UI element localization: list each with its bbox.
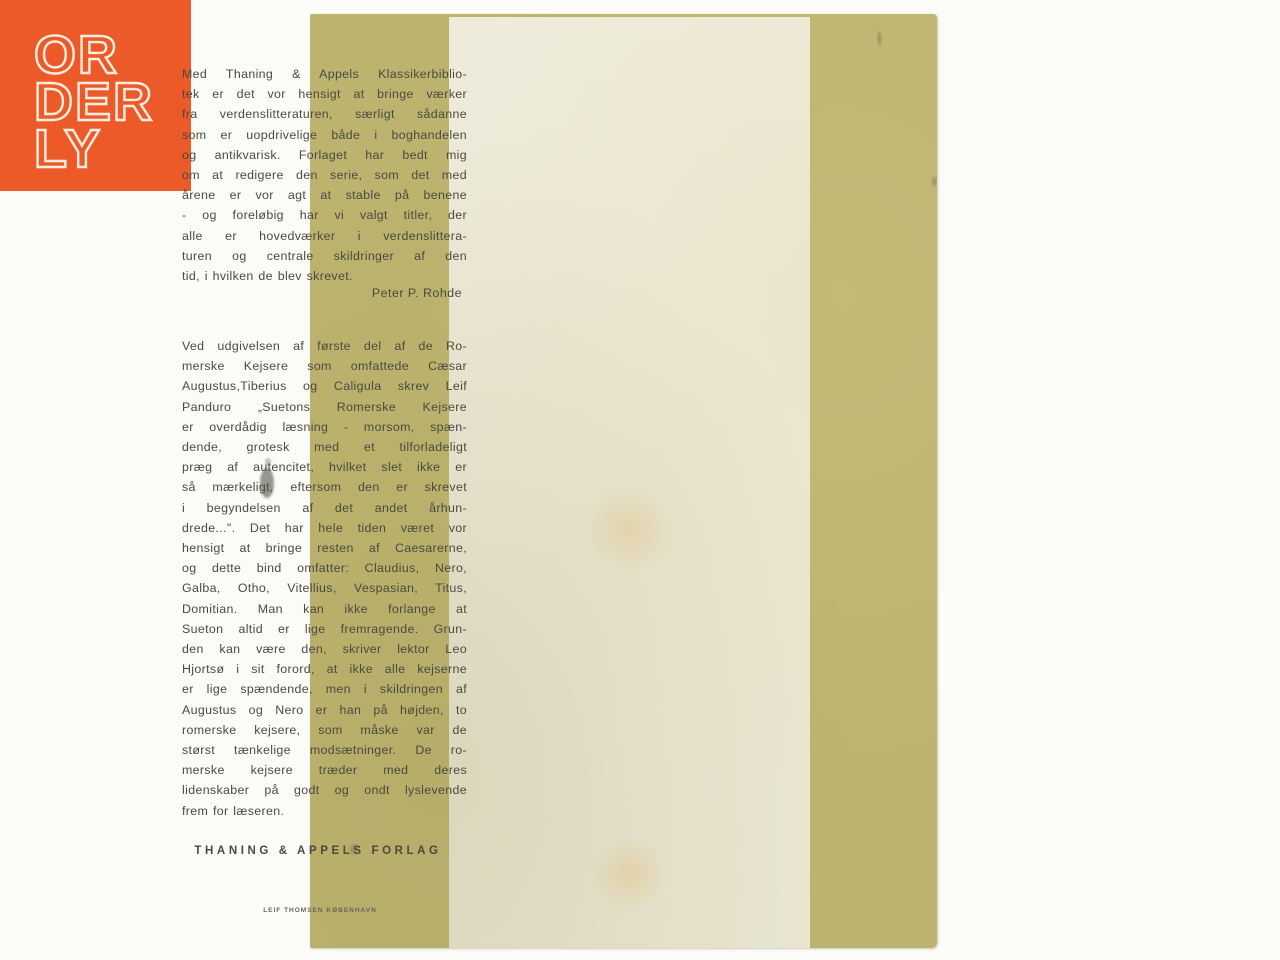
text-line: Panduro „Suetons Romerske Kejsere: [182, 397, 467, 417]
text-line: den kan være den, skriver lektor Leo: [182, 639, 467, 659]
text-line: Ved udgivelsen af første del af de Ro-: [182, 336, 467, 356]
text-line: lidenskaber på godt og ondt lyslevende: [182, 780, 467, 800]
text-line: Domitian. Man kan ikke forlange at: [182, 599, 467, 619]
cover-stain: [932, 177, 937, 186]
photo-stage: OR DER LY Med Thaning & Appels Klassiker…: [0, 0, 1280, 960]
text-line: så mærkeligt, eftersom den er skrevet: [182, 477, 467, 497]
text-line: tek er det vor hensigt at bringe værker: [182, 84, 467, 104]
text-line: om at redigere den serie, som det med: [182, 165, 467, 185]
text-line: tid, i hvilken de blev skrevet.: [182, 266, 467, 286]
text-line: Galba, Otho, Vitellius, Vespasian, Titus…: [182, 578, 467, 598]
text-line: dende, grotesk med et tilforladeligt: [182, 437, 467, 457]
text-line: Augustus,Tiberius og Caligula skrev Leif: [182, 376, 467, 396]
logo-line-3: LY: [34, 119, 102, 179]
text-line: turen og centrale skildringer af den: [182, 246, 467, 266]
text-line: Med Thaning & Appels Klassikerbiblio-: [182, 64, 467, 84]
text-line: alle er hovedværker i verdenslittera-: [182, 226, 467, 246]
text-line: drede...". Det har hele tiden været vor: [182, 518, 467, 538]
text-line: som er uopdrivelige både i boghandelen: [182, 125, 467, 145]
book-description-paragraph: Ved udgivelsen af første del af de Ro- m…: [182, 336, 467, 821]
publisher-name: THANING & APPELS FORLAG: [174, 845, 462, 857]
text-line: romerske kejsere, som måske var de: [182, 720, 467, 740]
orderly-logo: OR DER LY: [0, 0, 191, 191]
text-line: er lige spændende, men i skildringen af: [182, 679, 467, 699]
text-line: er overdådig læsning - morsom, spæn-: [182, 417, 467, 437]
cover-text-panel: [449, 17, 810, 948]
editor-signature: Peter P. Rohde: [182, 286, 462, 300]
text-line: årene er vor agt at stable på benene: [182, 185, 467, 205]
text-line: præg af autencitet, hvilket slet ikke er: [182, 457, 467, 477]
text-line: - og foreløbig har vi valgt titler, der: [182, 205, 467, 225]
text-line: hensigt at bringe resten af Caesarerne,: [182, 538, 467, 558]
text-line: Augustus og Nero er han på højden, to: [182, 700, 467, 720]
cover-stain: [878, 32, 881, 46]
text-line: og dette bind omfatter: Claudius, Nero,: [182, 558, 467, 578]
text-line: og antikvarisk. Forlaget har bedt mig: [182, 145, 467, 165]
orderly-logo-icon: OR DER LY: [0, 0, 191, 191]
printer-imprint: LEIF THOMSEN KØBENHAVN: [240, 907, 400, 914]
text-line: i begyndelsen af det andet århun-: [182, 498, 467, 518]
text-line: størst tænkelige modsætninger. De ro-: [182, 740, 467, 760]
series-introduction-paragraph: Med Thaning & Appels Klassikerbiblio- te…: [182, 64, 467, 286]
text-line: fra verdenslitteraturen, særligt sådanne: [182, 104, 467, 124]
text-line: merske Kejsere som omfattede Cæsar: [182, 356, 467, 376]
text-line: merske kejsere træder med deres: [182, 760, 467, 780]
text-line: Sueton altid er lige fremragende. Grun-: [182, 619, 467, 639]
text-line: Hjortsø i sit forord, at ikke alle kejse…: [182, 659, 467, 679]
text-line: frem for læseren.: [182, 801, 467, 821]
